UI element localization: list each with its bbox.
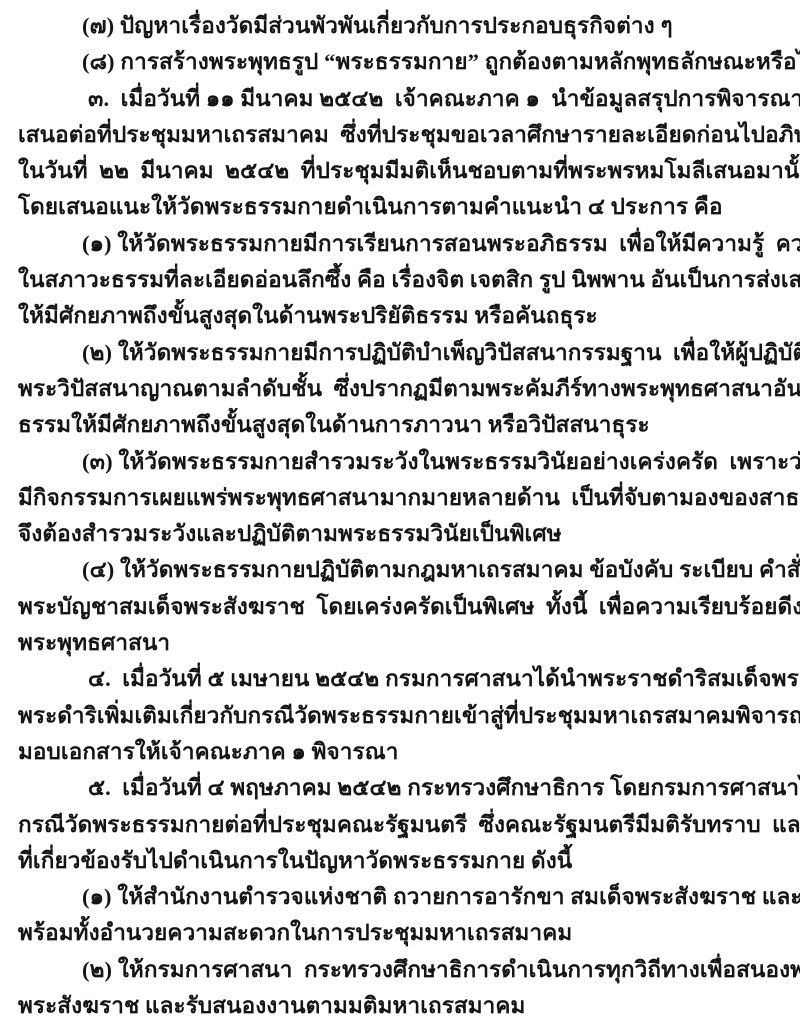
text-line: จึงต้องสำรวมระวังและปฏิบัติตามพระธรรมวิน…	[18, 516, 776, 552]
text-line: (๒) ให้วัดพระธรรมกายมีการปฏิบัติบำเพ็ญวิ…	[18, 335, 776, 371]
text-line: มอบเอกสารให้เจ้าคณะภาค ๑ พิจารณา	[18, 734, 776, 770]
text-line: มีกิจกรรมการเผยแพร่พระพุทธศาสนามากมายหลา…	[18, 480, 776, 516]
text-line: ให้มีศักยภาพถึงขั้นสูงสุดในด้านพระปริยัต…	[18, 298, 776, 334]
text-line: โดยเสนอแนะให้วัดพระธรรมกายดำเนินการตามคำ…	[18, 189, 776, 225]
text-line: ๕. เมื่อวันที่ ๔ พฤษภาคม ๒๕๔๒ กระทรวงศึก…	[18, 770, 776, 806]
text-line: พร้อมทั้งอำนวยความสะดวกในการประชุมมหาเถร…	[18, 915, 776, 951]
text-line: ๓. เมื่อวันที่ ๑๑ มีนาคม ๒๕๔๒ เจ้าคณะภาค…	[18, 81, 776, 117]
text-line: พระวิปัสสนาญาณตามลำดับชั้น ซึ่งปรากฏมีตา…	[18, 371, 776, 407]
scanned-document-page: (๗) ปัญหาเรื่องวัดมีส่วนพัวพันเกี่ยวกับก…	[0, 0, 800, 1029]
text-line: (๓) ให้วัดพระธรรมกายสำรวมระวังในพระธรรมว…	[18, 444, 776, 480]
text-line: พระบัญชาสมเด็จพระสังฆราช โดยเคร่งครัดเป็…	[18, 589, 776, 625]
text-line: ที่เกี่ยวข้องรับไปดำเนินการในปัญหาวัดพระ…	[18, 843, 776, 879]
text-line: (๘) การสร้างพระพุทธรูป “พระธรรมกาย” ถูกต…	[18, 44, 776, 80]
text-line: เสนอต่อที่ประชุมมหาเถรสมาคม ซึ่งที่ประชุ…	[18, 117, 776, 153]
text-line: (๑) ให้วัดพระธรรมกายมีการเรียนการสอนพระอ…	[18, 226, 776, 262]
text-line: ๔. เมื่อวันที่ ๕ เมษายน ๒๕๔๒ กรมการศาสนา…	[18, 661, 776, 697]
text-line: (๔) ให้วัดพระธรรมกายปฏิบัติตามกฎมหาเถรสม…	[18, 552, 776, 588]
text-line: (๗) ปัญหาเรื่องวัดมีส่วนพัวพันเกี่ยวกับก…	[18, 8, 776, 44]
text-line: (๑) ให้สำนักงานตำรวจแห่งชาติ ถวายการอารั…	[18, 879, 776, 915]
text-line: พระดำริเพิ่มเติมเกี่ยวกับกรณีวัดพระธรรมก…	[18, 698, 776, 734]
text-line: ธรรมให้มีศักยภาพถึงขั้นสูงสุดในด้านการภา…	[18, 407, 776, 443]
text-line: ในวันที่ ๒๒ มีนาคม ๒๕๔๒ ที่ประชุมมีมติเห…	[18, 153, 776, 189]
text-line: พระสังฆราช และรับสนองงานตามมติมหาเถรสมาค…	[18, 988, 776, 1024]
document-text: (๗) ปัญหาเรื่องวัดมีส่วนพัวพันเกี่ยวกับก…	[18, 8, 776, 1024]
text-line: พระพุทธศาสนา	[18, 625, 776, 661]
text-line: (๒) ให้กรมการศาสนา กระทรวงศึกษาธิการดำเน…	[18, 952, 776, 988]
text-line: ในสภาวะธรรมที่ละเอียดอ่อนลึกซึ้ง คือ เรื…	[18, 262, 776, 298]
text-line: กรณีวัดพระธรรมกายต่อที่ประชุมคณะรัฐมนตรี…	[18, 807, 776, 843]
